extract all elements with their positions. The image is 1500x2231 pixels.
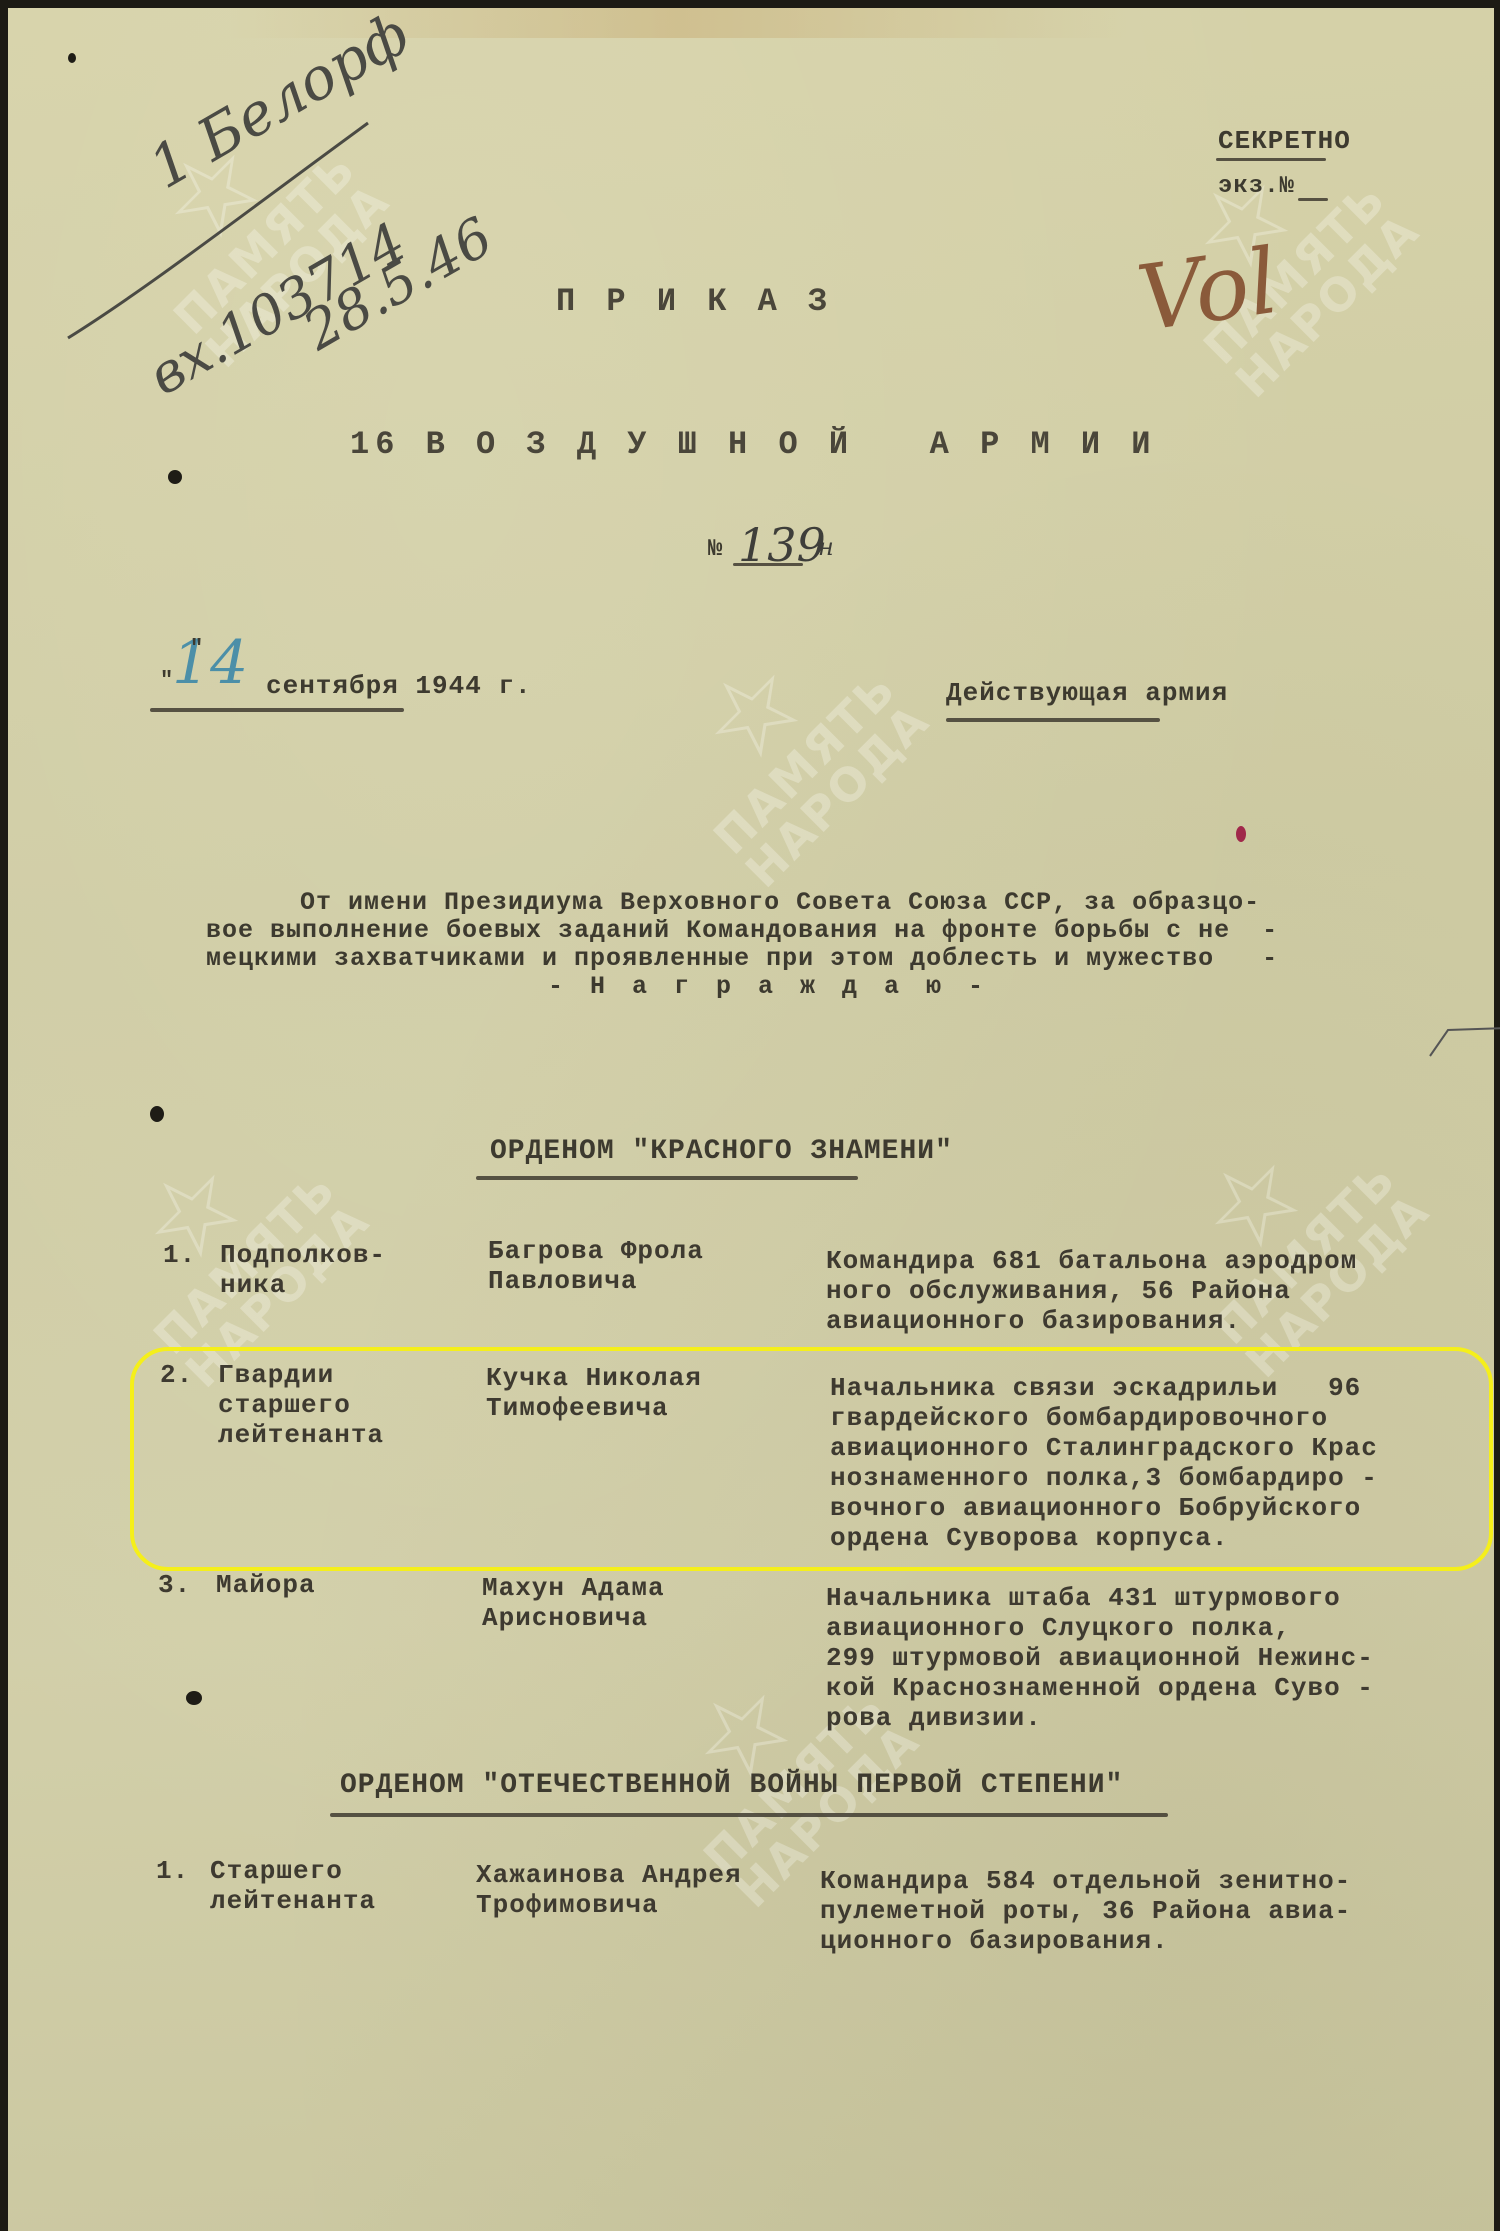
entry-name: Хажаинова Андрея Трофимовича	[476, 1860, 742, 1920]
preamble-line: мецкими захватчиками и проявленные при э…	[206, 944, 1278, 973]
paper-damage	[150, 1106, 164, 1122]
preamble-line: От имени Президиума Верховного Совета Со…	[300, 888, 1260, 917]
date-quote-close: "	[190, 636, 204, 661]
entry-number: 2.	[160, 1360, 193, 1390]
entry-name: Махун Адама Арисновича	[482, 1573, 665, 1633]
number-sign: №	[708, 536, 723, 563]
paper-damage	[168, 470, 182, 484]
entry-position: Начальника штаба 431 штурмового авиацион…	[826, 1583, 1374, 1733]
section-heading-underline	[330, 1813, 1168, 1817]
watermark: ☆ПАМЯТЬНАРОДА	[635, 593, 937, 895]
location-label: Действующая армия	[946, 678, 1228, 708]
entry-position: Командира 584 отдельной зенитно- пулемет…	[820, 1866, 1351, 1956]
entry-number: 1.	[163, 1240, 196, 1270]
entry-name: Кучка Николая Тимофеевича	[486, 1363, 702, 1423]
watermark: ☆ПАМЯТЬНАРОДА	[1135, 1083, 1437, 1385]
signature: Vol	[1131, 229, 1284, 352]
preamble-line: вое выполнение боевых заданий Командован…	[206, 916, 1278, 945]
document-page: ☆ПАМЯТЬНАРОДА ☆ПАМЯТЬНАРОДА ☆ПАМЯТЬНАРОД…	[8, 8, 1494, 2231]
classification-label: СЕКРЕТНО	[1218, 126, 1351, 156]
copy-number-field	[1298, 198, 1328, 201]
classification-underline	[1216, 158, 1326, 161]
date-day: 14	[172, 628, 248, 698]
red-ink-mark	[1236, 826, 1246, 842]
document-subtitle: 16 В О З Д У Ш Н О Й А Р М И И	[350, 426, 1157, 463]
entry-number: 1.	[156, 1856, 189, 1886]
paper-damage	[186, 1691, 202, 1705]
entry-position: Начальника связи эскадрильи 96 гвардейск…	[830, 1373, 1378, 1553]
entry-rank: Гвардии старшего лейтенанта	[218, 1360, 384, 1450]
entry-name: Багрова Фрола Павловича	[488, 1236, 704, 1296]
pencil-mark	[1428, 1018, 1500, 1058]
location-underline	[946, 718, 1160, 722]
preamble-award-line: - Н а г р а ж д а ю -	[548, 972, 989, 1001]
order-number-suffix: н	[818, 533, 834, 561]
entry-rank: Старшего лейтенанта	[210, 1856, 376, 1916]
entry-rank: Майора	[216, 1570, 316, 1600]
section-heading: ОРДЕНОМ "КРАСНОГО ЗНАМЕНИ"	[490, 1136, 953, 1167]
entry-rank: Подполков- ника	[220, 1240, 386, 1300]
entry-number: 3.	[158, 1570, 191, 1600]
copy-number-label: экз.№	[1218, 173, 1295, 200]
order-date: сентября 1944 г.	[266, 671, 532, 701]
section-heading: ОРДЕНОМ "ОТЕЧЕСТВЕННОЙ ВОЙНЫ ПЕРВОЙ СТЕП…	[340, 1770, 1123, 1801]
order-number-underline	[733, 563, 803, 566]
document-title: П Р И К А З	[556, 283, 833, 320]
section-heading-underline	[476, 1176, 858, 1180]
entry-position: Командира 681 батальона аэродром ного об…	[826, 1246, 1357, 1336]
date-underline	[150, 708, 404, 712]
paper-damage	[68, 53, 76, 63]
